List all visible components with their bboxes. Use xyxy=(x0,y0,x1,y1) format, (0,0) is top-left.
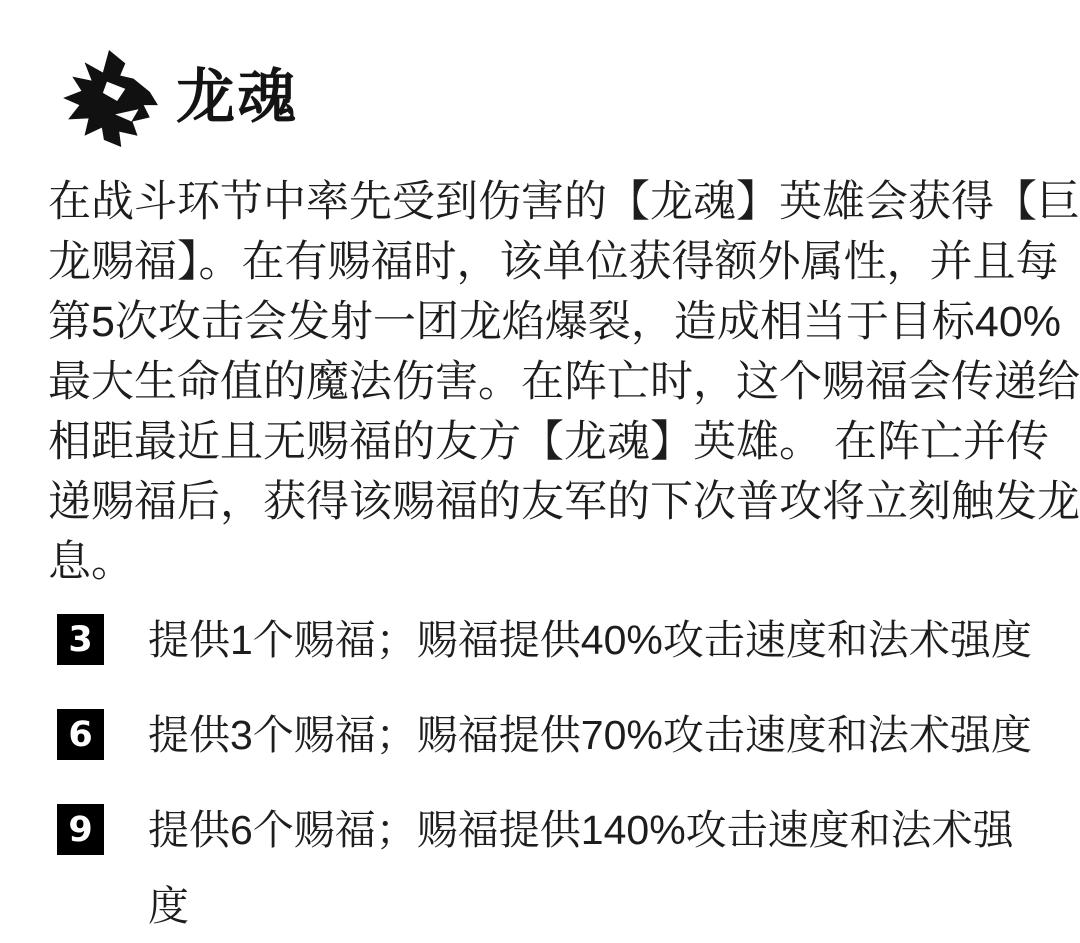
tier-row-9: 9 提供6个赐福；赐福提供140%攻击速度和法术强 度 xyxy=(57,792,1036,943)
trait-panel: 龙魂 在战斗环节中率先受到伤害的【龙魂】英雄会获得【巨 龙赐福】。在有赐福时，该… xyxy=(0,0,1080,943)
description-line: 息。 xyxy=(48,532,1036,592)
tier-count-badge: 3 xyxy=(57,614,104,665)
description-line: 相距最近且无赐福的友方【龙魂】英雄。 在阵亡并传 xyxy=(48,412,1036,472)
tier-effect-line: 提供6个赐福；赐福提供140%攻击速度和法术强 xyxy=(148,792,1014,868)
tier-effect-line: 度 xyxy=(148,868,1014,943)
tier-count-badge: 6 xyxy=(57,709,104,760)
trait-description: 在战斗环节中率先受到伤害的【龙魂】英雄会获得【巨 龙赐福】。在有赐福时，该单位获… xyxy=(48,172,1036,592)
description-line: 递赐福后，获得该赐福的友军的下次普攻将立刻触发龙 xyxy=(48,472,1036,532)
description-line: 第5次攻击会发射一团龙焰爆裂，造成相当于目标40% xyxy=(48,292,1036,352)
trait-header: 龙魂 xyxy=(58,45,1036,150)
tier-effect-text: 提供6个赐福；赐福提供140%攻击速度和法术强 度 xyxy=(148,792,1014,943)
tier-count-badge: 9 xyxy=(57,804,104,855)
trait-title: 龙魂 xyxy=(176,49,298,134)
tier-effect-text: 提供1个赐福；赐福提供40%攻击速度和法术强度 xyxy=(148,602,1032,678)
dragon-head-icon xyxy=(58,47,160,149)
tier-effect-text: 提供3个赐福；赐福提供70%攻击速度和法术强度 xyxy=(148,697,1032,773)
tier-list: 3 提供1个赐福；赐福提供40%攻击速度和法术强度 6 提供3个赐福；赐福提供7… xyxy=(48,602,1036,943)
description-line: 在战斗环节中率先受到伤害的【龙魂】英雄会获得【巨 xyxy=(48,172,1036,232)
tier-effect-line: 提供3个赐福；赐福提供70%攻击速度和法术强度 xyxy=(148,697,1032,773)
tier-effect-line: 提供1个赐福；赐福提供40%攻击速度和法术强度 xyxy=(148,602,1032,678)
description-line: 最大生命值的魔法伤害。在阵亡时，这个赐福会传递给 xyxy=(48,352,1036,412)
tier-row-6: 6 提供3个赐福；赐福提供70%攻击速度和法术强度 xyxy=(57,697,1036,773)
description-line: 龙赐福】。在有赐福时，该单位获得额外属性，并且每 xyxy=(48,232,1036,292)
tier-row-3: 3 提供1个赐福；赐福提供40%攻击速度和法术强度 xyxy=(57,602,1036,678)
